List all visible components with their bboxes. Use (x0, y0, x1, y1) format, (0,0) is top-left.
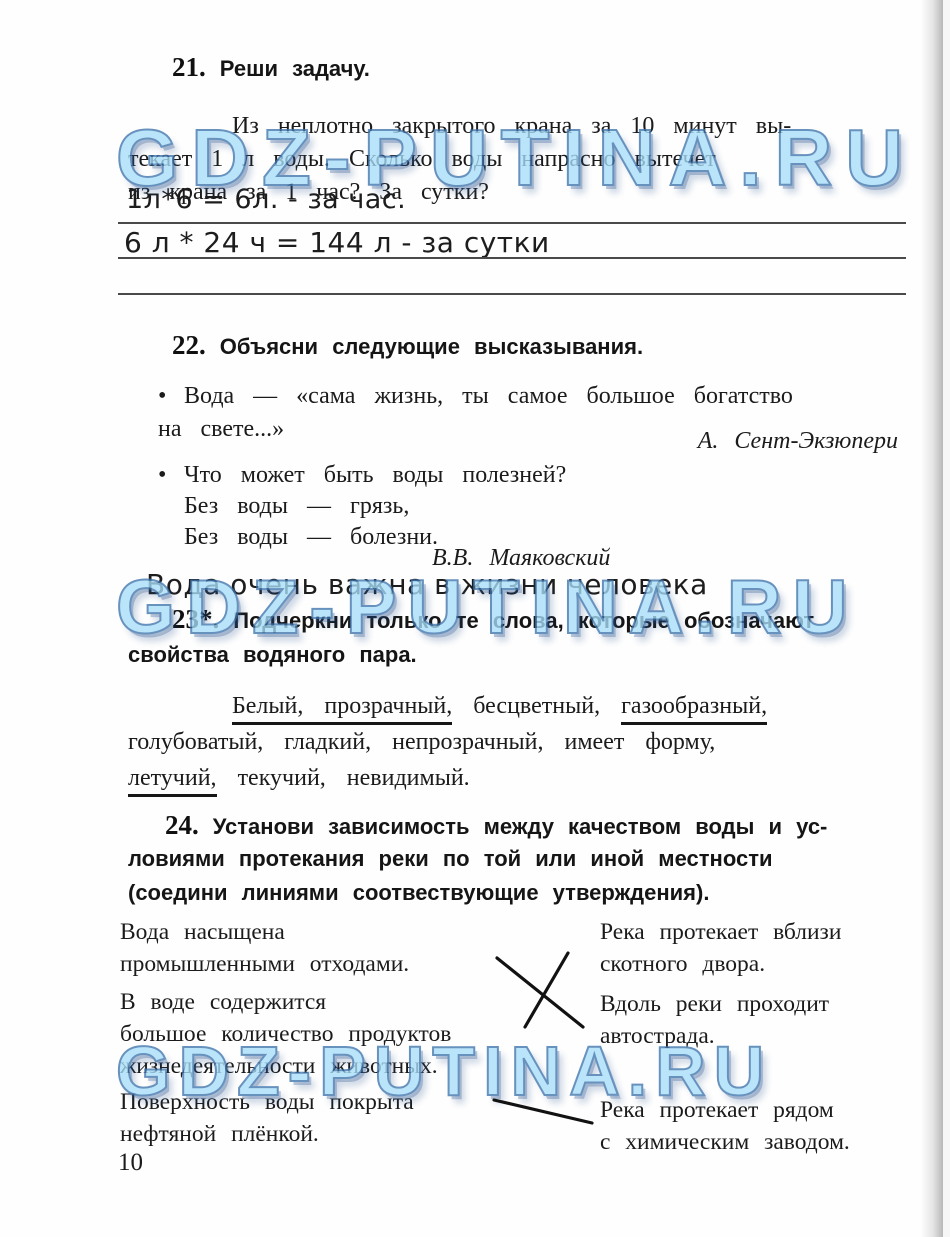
page-edge-shadow (921, 0, 943, 1237)
handwritten-answer-water-important[interactable]: Вода очень важна в жизни человека (146, 568, 708, 601)
exercise-22-heading: 22.Объясни следующие высказывания. (172, 330, 643, 361)
match-right-item[interactable]: Река протекает рядом с химическим заводо… (600, 1094, 930, 1158)
underlined-words[interactable]: летучий, (128, 765, 217, 797)
exercise-23-title-line: Подчеркни только те слова, которые обозн… (233, 608, 814, 633)
exercise-24-number: 24. (165, 810, 199, 840)
match-left-item[interactable]: Поверхность воды покрыта нефтяной плёнко… (120, 1086, 530, 1150)
handwritten-answer-hour[interactable]: 1л*6 = 6л. - за час. (126, 184, 406, 215)
exercise-22-title: Объясни следующие высказывания. (220, 334, 643, 359)
quote-author-exupery: А. Сент-Экзюпери (698, 428, 898, 455)
exercise-23-heading: 23*.Подчеркни только те слова, которые о… (172, 604, 814, 635)
word-list-line: летучий, текучий, невидимый. (128, 760, 906, 796)
problem-text-line: текает 1 л воды. Сколько воды напрасно в… (128, 143, 903, 176)
quote-text-line: Без воды — грязь, (158, 491, 903, 522)
bullet-icon: • (158, 380, 184, 413)
page-number: 10 (118, 1146, 143, 1179)
match-right-item[interactable]: Вдоль реки проходит автострада. (600, 988, 920, 1052)
word-list-words[interactable]: текучий, невидимый. (217, 765, 470, 791)
exercise-24-heading: 24.Установи зависимость между качеством … (165, 810, 827, 841)
exercise-23-title-line: свойства водяного пара. (128, 642, 417, 668)
problem-text-line: Из неплотно закрытого крана за 10 минут … (128, 110, 903, 143)
bullet-icon: • (158, 460, 184, 491)
word-list-words[interactable]: бесцветный, (452, 693, 621, 719)
ruled-line (118, 257, 906, 259)
workbook-page: 21.Реши задачу. Из неплотно закрытого кр… (0, 0, 950, 1237)
match-left-item[interactable]: Вода насыщена промышленными отходами. (120, 916, 530, 980)
handwritten-answer-day[interactable]: 6 л * 24 ч = 144 л - за сутки (124, 226, 550, 259)
exercise-21-title: Реши задачу. (220, 56, 370, 81)
word-list-line: Белый, прозрачный, бесцветный, газообраз… (128, 688, 906, 724)
quote-mayakovsky: •Что может быть воды полезней? Без воды … (158, 460, 903, 553)
exercise-23-number: 23*. (172, 604, 219, 634)
underlined-words[interactable]: Белый, прозрачный, (232, 693, 452, 725)
ruled-line (118, 293, 906, 295)
exercise-21-number: 21. (172, 52, 206, 82)
exercise-21-heading: 21.Реши задачу. (172, 52, 370, 83)
exercise-22-number: 22. (172, 330, 206, 360)
exercise-24-title-line: Установи зависимость между качеством вод… (213, 814, 828, 839)
exercise-24-title-line: ловиями протекания реки по той или иной … (128, 846, 773, 872)
word-list-line[interactable]: голубоватый, гладкий, непрозрачный, имее… (128, 724, 906, 760)
quote-text-line: Вода — «сама жизнь, ты самое большое бог… (184, 383, 793, 409)
exercise-24-title-line: (соедини линиями соотвествующие утвержде… (128, 880, 709, 906)
match-right-item[interactable]: Река протекает вблизи скотного двора. (600, 916, 920, 980)
quote-text-line: Что может быть воды полезней? (184, 462, 566, 488)
underlined-words[interactable]: газообразный, (621, 693, 767, 725)
exercise-23-word-list: Белый, прозрачный, бесцветный, газообраз… (128, 688, 906, 796)
match-left-item[interactable]: В воде содержится большое количество про… (120, 986, 550, 1082)
ruled-line (118, 222, 906, 224)
page-edge (943, 0, 950, 1237)
